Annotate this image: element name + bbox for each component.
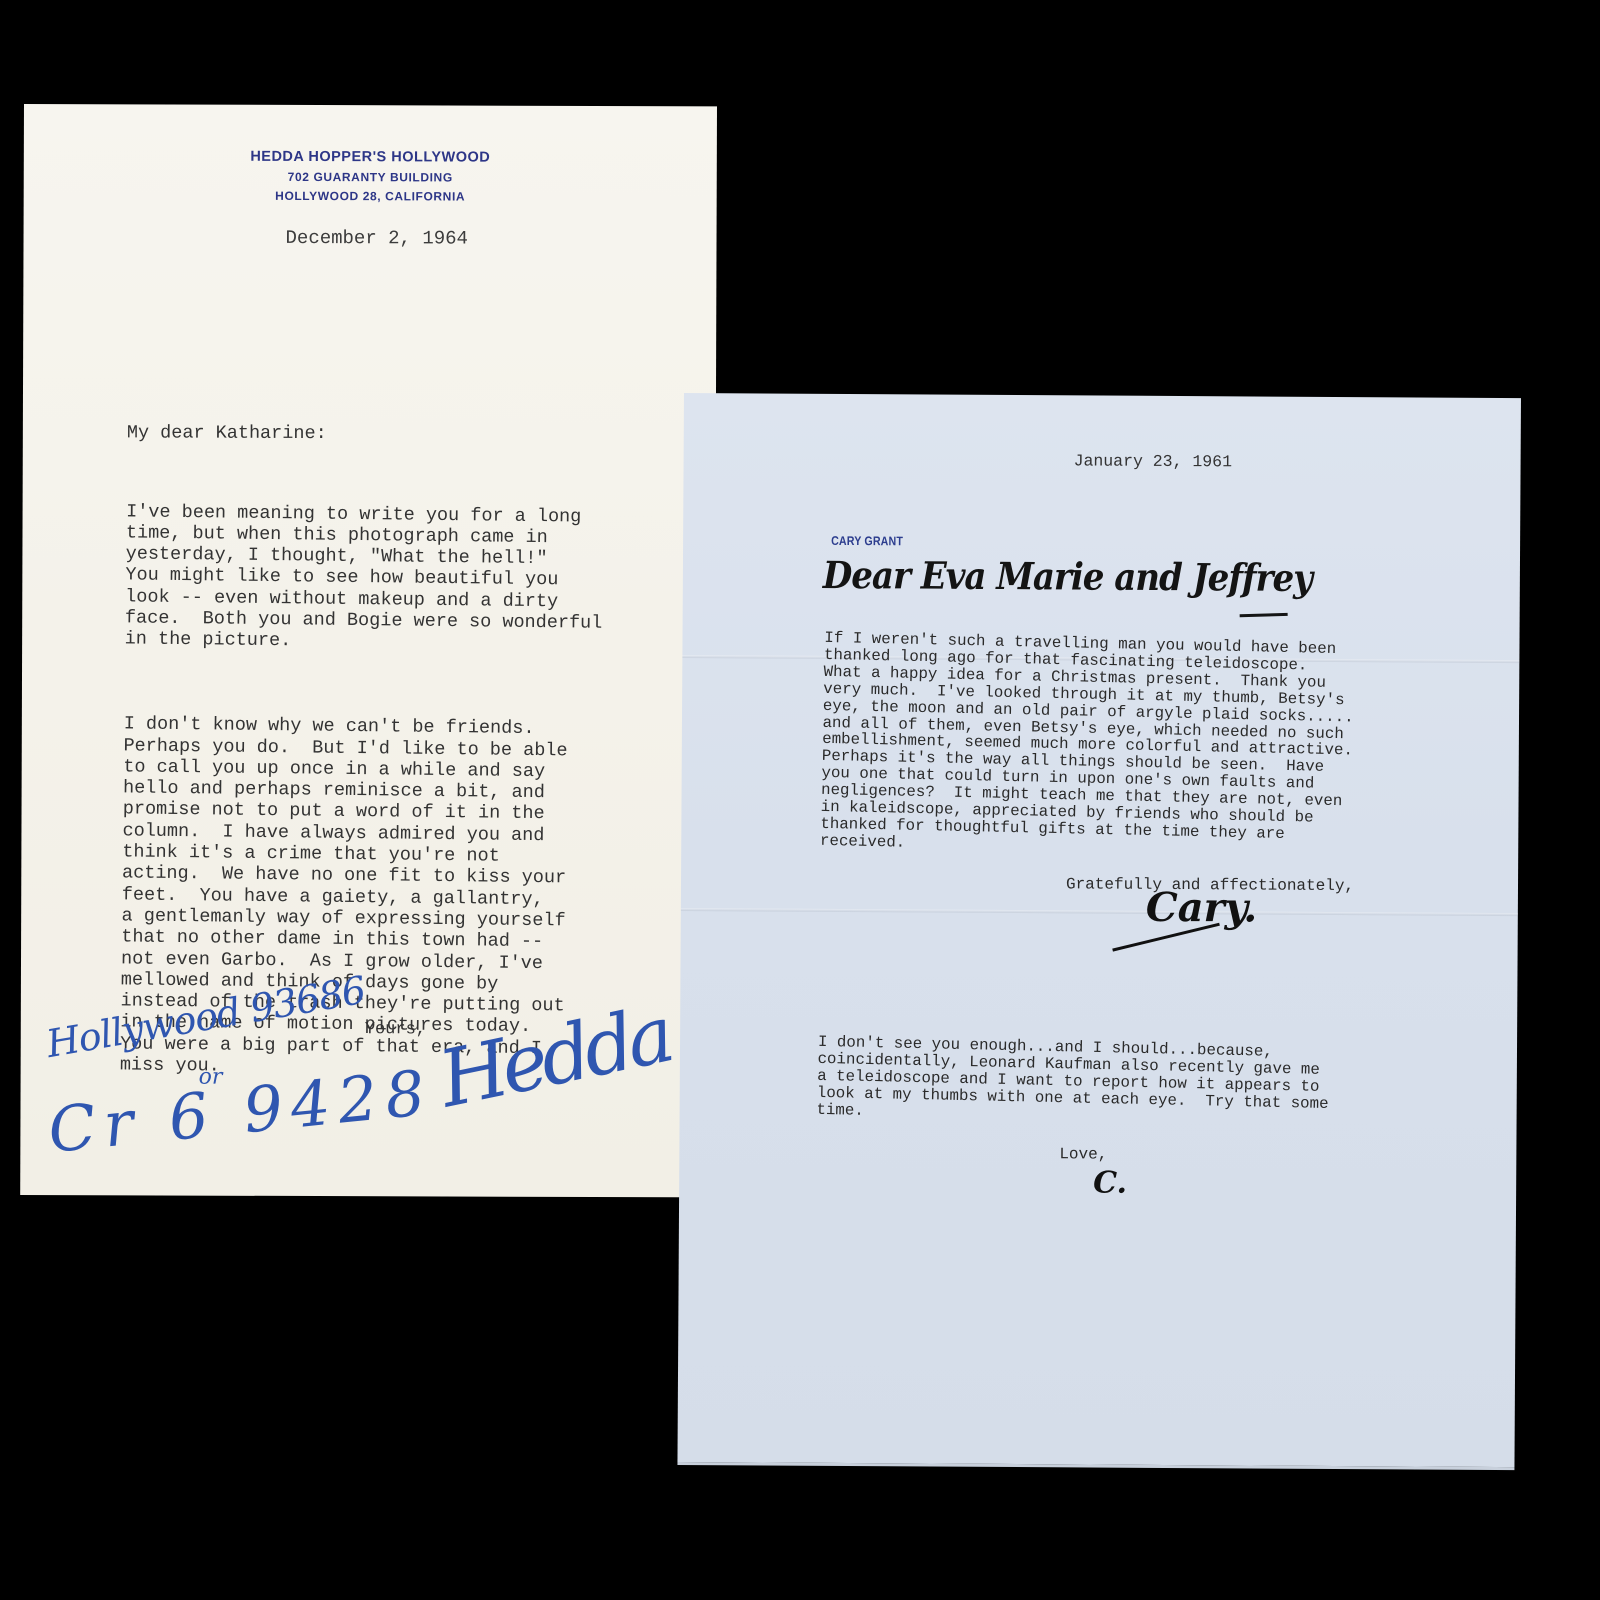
- letter-date: December 2, 1964: [285, 227, 468, 250]
- paper-fold-crease: [681, 908, 1518, 916]
- letter-body: If I weren't such a travelling man you w…: [820, 630, 1435, 863]
- hopper-letterhead: HEDDA HOPPER'S HOLLYWOOD 702 GUARANTY BU…: [24, 148, 717, 204]
- letterhead-title: HEDDA HOPPER'S HOLLYWOOD: [24, 148, 717, 166]
- salutation: My dear Katharine:: [127, 422, 327, 444]
- letterhead-address-line1: 702 GUARANTY BUILDING: [24, 169, 717, 185]
- hedda-hopper-letter: HEDDA HOPPER'S HOLLYWOOD 702 GUARANTY BU…: [20, 104, 717, 1197]
- postscript: I don't see you enough...and I should...…: [816, 1034, 1428, 1132]
- letterhead-address-line2: HOLLYWOOD 28, CALIFORNIA: [24, 188, 717, 204]
- closing: Yours,: [365, 1020, 426, 1039]
- closing-love: Love,: [1059, 1145, 1107, 1163]
- signature: Cary.: [1146, 884, 1258, 932]
- letterhead: CARY GRANT: [831, 534, 903, 548]
- cary-grant-letter: January 23, 1961 CARY GRANT Dear Eva Mar…: [677, 393, 1521, 1470]
- body-paragraph: I've been meaning to write you for a lon…: [125, 501, 707, 657]
- handwritten-salutation: Dear Eva Marie and Jeffrey: [823, 554, 1312, 601]
- letter-date: January 23, 1961: [1074, 451, 1233, 471]
- salutation-dash: [1240, 613, 1288, 617]
- initial-signature: C.: [1093, 1166, 1127, 1201]
